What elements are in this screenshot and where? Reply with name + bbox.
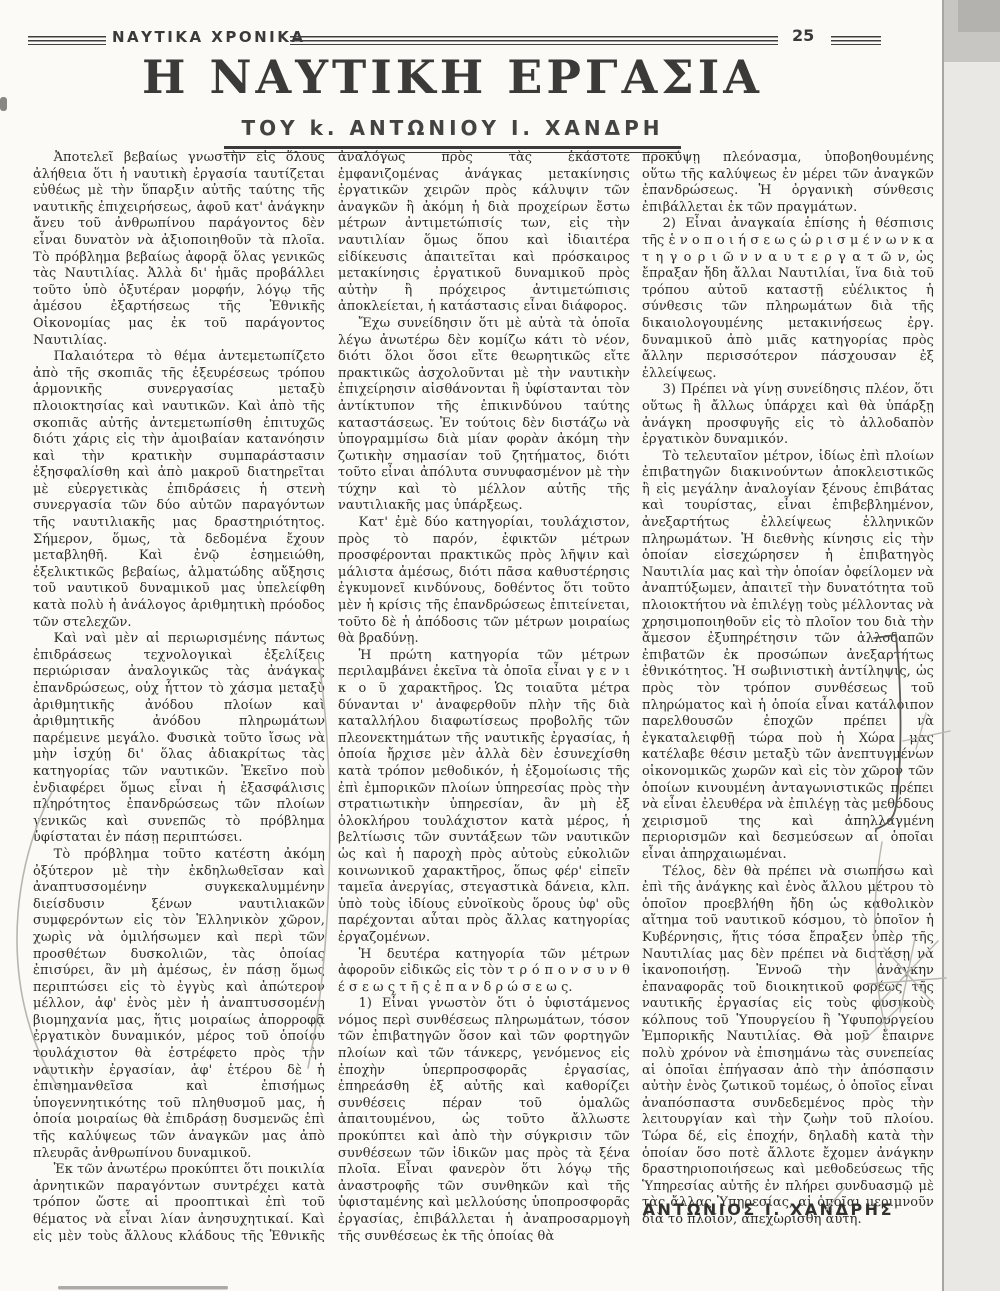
paragraph: ἀναλόγως πρὸς τὰς ἑκάστοτε ἐμφανιζομένας… [338,150,630,316]
paragraph: Τὸ πρόβλημα τοῦτο κατέστη ἀκόμη ὀξύτερον… [33,847,325,1162]
article-title: Η ΝΑΥΤΙΚΗ ΕΡΓΑΣΙΑ [0,50,905,104]
paragraph: Ἡ δευτέρα κατηγορία τῶν μέτρων ἀφοροῦν ε… [338,947,630,997]
article-byline: ΤΟΥ k. ΑΝΤΩΝΙΟΥ Ι. ΧΑΝΔΡΗ [224,116,682,149]
page-bottom-edge-shadow [58,1286,228,1290]
scan-edge-band [944,0,1000,1291]
scan-corner-shadow-dark [958,0,1000,32]
masthead-rule-middle [290,36,778,45]
author-signature: ΑΝΤΩΝΙΟΣ Ι. ΧΑΝΔΡΗΣ [642,1200,934,1219]
paragraph: Παλαιότερα τὸ θέμα ἀντεμετωπίζετο ἀπὸ τῆ… [33,349,325,631]
magazine-page: ΝΑΥΤΙΚΑ ΧΡΟΝΙΚΑ 25 Η ΝΑΥΤΙΚΗ ΕΡΓΑΣΙΑ ΤΟΥ… [0,0,1000,1291]
paragraph: Ἔχω συνείδησιν ὅτι μὲ αὐτὰ τὰ ὁποῖα λέγω… [338,316,630,515]
scan-edge-line [942,0,944,1291]
page-number: 25 [792,26,814,45]
article-byline-row: ΤΟΥ k. ΑΝΤΩΝΙΟΥ Ι. ΧΑΝΔΡΗ [0,116,905,149]
paragraph: 2) Εἶναι ἀναγκαία ἐπίσης ἡ θέσπισις τῆς … [642,216,934,382]
text-column-2: ἀναλόγως πρὸς τὰς ἑκάστοτε ἐμφανιζομένας… [338,150,630,1242]
paragraph: 1) Εἶναι γνωστὸν ὅτι ὁ ὑφιστάμενος νόμος… [338,996,630,1242]
paragraph: 3) Πρέπει νὰ γίνῃ συνείδησις πλέον, ὅτι … [642,382,934,448]
magazine-name: ΝΑΥΤΙΚΑ ΧΡΟΝΙΚΑ [112,28,305,46]
text-column-1: Ἀποτελεῖ βεβαίως γνωστὴν εἰς ὅλους ἀλήθε… [33,150,325,1242]
paragraph: Κατ' ἐμὲ δύο κατηγορίαι, τουλάχιστον, πρ… [338,515,630,648]
masthead-rule-left [28,36,106,45]
paragraph: Καὶ ναὶ μὲν αἱ περιωρισμένης πάντως ἐπιδ… [33,631,325,847]
paragraph: Ἀποτελεῖ βεβαίως γνωστὴν εἰς ὅλους ἀλήθε… [33,150,325,349]
text-column-3: προκύψῃ πλεόνασμα, ὑποβοηθουμένης οὕτω τ… [642,150,934,1242]
paragraph: Τὸ τελευταῖον μέτρον, ἰδίως ἐπὶ πλοίων ἐ… [642,449,934,864]
masthead-rule-right [831,36,881,45]
paragraph: προκύψῃ πλεόνασμα, ὑποβοηθουμένης οὕτω τ… [642,150,934,216]
paragraph: Ἡ πρώτη κατηγορία τῶν μέτρων περιλαμβάνε… [338,648,630,947]
paragraph: Ἐκ τῶν ἀνωτέρω προκύπτει ὅτι ποικιλία ἀρ… [33,1162,325,1242]
paragraph: Τέλος, δὲν θὰ πρέπει νὰ σιωπήσω καὶ ἐπὶ … [642,864,934,1229]
